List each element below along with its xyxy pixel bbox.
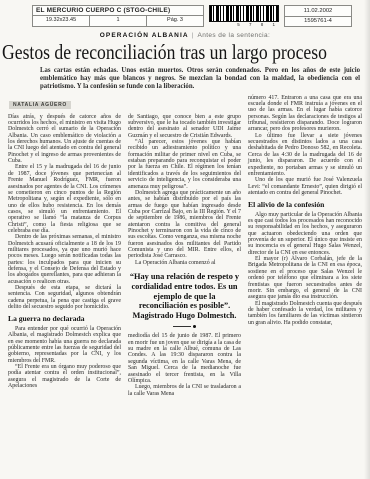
- source-title: EL MERCURIO CUERPO C (STGO-CHILE): [33, 6, 203, 16]
- barcode-wrap: 5 7 8 1: [209, 5, 279, 27]
- kicker-subtitle: Antes de la sentencia:: [197, 32, 270, 39]
- lead-paragraph: Las cartas están echadas. Unos están mue…: [40, 67, 360, 91]
- columns-1-2: Días atrás, y después de catorce años de…: [8, 114, 241, 397]
- paragraph: Entre el 15 y la madrugada del 16 de jun…: [8, 164, 121, 234]
- subhead-guerra-no-declarada: La guerra no declarada: [8, 315, 121, 324]
- headline: Gestos de reconciliación tras un largo p…: [2, 41, 370, 64]
- paragraph: El mayor (r) Álvaro Corbalán, jefe de la…: [248, 256, 362, 300]
- article-body: NATALIA AGÜERO Días atrás, y después de …: [0, 91, 370, 397]
- divider-dot-icon: [193, 325, 197, 329]
- clip-dimensions: 19.32x23.45: [33, 16, 89, 26]
- barcode-digits: 5 7 8 1: [209, 22, 279, 27]
- paragraph: Uno de los que murió fue José Valenzuela…: [248, 177, 362, 196]
- kicker-separator: |: [192, 32, 195, 39]
- paragraph: “Al parecer, estos jóvenes que habían re…: [128, 139, 241, 190]
- clip-id-box: 11.02.2002 1595761-4: [284, 5, 352, 27]
- column-3: número 417. Entraron a una casa que era …: [248, 93, 362, 397]
- left-columns-area: NATALIA AGÜERO Días atrás, y después de …: [8, 93, 241, 397]
- clip-id: 1595761-4: [285, 16, 351, 27]
- paragraph: Después de esta etapa, se dictará la sen…: [8, 285, 121, 310]
- byline: NATALIA AGÜERO: [9, 101, 71, 109]
- scan-header: EL MERCURIO CUERPO C (STGO-CHILE) 19.32x…: [0, 0, 370, 27]
- clip-column: 1: [89, 16, 146, 26]
- paragraph: Algo muy particular de la Operación Alba…: [248, 212, 362, 256]
- column-1: Días atrás, y después de catorce años de…: [8, 114, 121, 397]
- divider-rule: [173, 326, 191, 327]
- paragraph: Dentro de las próximas semanas, el minis…: [8, 234, 121, 285]
- barcode-icon: [209, 5, 279, 22]
- paragraph: El magistrado Dolmestch cuenta que despu…: [248, 301, 362, 326]
- column-2: de Santiago, que conoce bien a este grup…: [128, 114, 241, 397]
- paragraph: Días atrás, y después de catorce años de…: [8, 114, 121, 165]
- paragraph: Lo último fue llevar a siete jóvenes sec…: [248, 133, 362, 177]
- paragraph: mediodía del 15 de junio de 1987. El pri…: [128, 333, 241, 384]
- paragraph: La Operación Albania comenzó al: [128, 260, 241, 266]
- paragraph: Luego, miembros de la CNI se trasladaron…: [128, 384, 241, 397]
- newspaper-clipping-page: EL MERCURIO CUERPO C (STGO-CHILE) 19.32x…: [0, 0, 370, 479]
- paragraph: “El Frente era un órgano muy poderoso qu…: [8, 364, 121, 389]
- quote-divider: [128, 325, 241, 329]
- clip-page-number: Pág. 3: [146, 16, 203, 26]
- paragraph: Dolmestch agrega que prácticamente un añ…: [128, 190, 241, 260]
- source-meta-cells: 19.32x23.45 1 Pág. 3: [33, 16, 203, 26]
- paragraph: Para entender por qué ocurrió la Operaci…: [8, 326, 121, 364]
- pull-quote: “Hay una relación de respeto y cordialid…: [129, 272, 240, 321]
- paragraph: número 417. Entraron a una casa que era …: [248, 95, 362, 133]
- kicker: OPERACIÓN ALBANIA|Antes de la sentencia:: [0, 32, 370, 40]
- source-meta-box: EL MERCURIO CUERPO C (STGO-CHILE) 19.32x…: [32, 5, 204, 27]
- clip-date: 11.02.2002: [285, 6, 351, 16]
- kicker-section: OPERACIÓN ALBANIA: [100, 32, 189, 39]
- subhead-alivio-confesion: El alivio de la confesión: [248, 201, 362, 210]
- paragraph: de Santiago, que conoce bien a este grup…: [128, 114, 241, 139]
